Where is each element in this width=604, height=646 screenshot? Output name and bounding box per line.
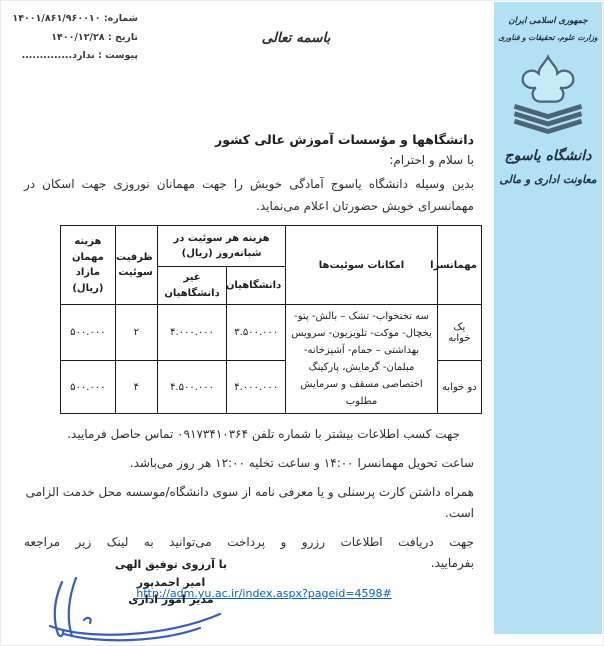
letter-number-label: شماره: [104, 13, 138, 24]
col-header-extra-guest: هزینه مهمان مازاد (ریال) [61, 226, 116, 305]
vice-chancellor-name: معاونت اداری و مالی [494, 173, 602, 186]
signatory-name: امیر احمدپور [106, 574, 236, 592]
letter-attachment-label: پیوست : [98, 50, 138, 61]
pricing-table: مهمانسرا امکانات سوئیت‌ها هزینه هر سوئیت… [60, 225, 482, 414]
suite-type-cell: دو خوابه [437, 361, 481, 414]
signatory-title: مدیر امور اداری [106, 591, 236, 609]
table-row: یک خوابه سه تختخواب- تشک – بالش- پتو- یخ… [61, 305, 482, 361]
non-academic-price-cell: ۴.۵۰۰.۰۰۰ [157, 361, 226, 414]
university-name: دانشگاه یاسوج [494, 148, 602, 164]
academic-price-cell: ۴.۰۰۰.۰۰۰ [227, 361, 286, 414]
note-checkin-checkout: ساعت تحویل مهمانسرا ۱۴:۰۰ و ساعت تخلیه ۱… [24, 453, 474, 475]
university-logo-icon [494, 54, 602, 142]
col-header-non-academic: غیر دانشگاهیان [157, 267, 226, 305]
capacity-cell: ۴ [115, 361, 157, 414]
ministry-line: وزارت علوم، تحقیقات و فناوری [494, 33, 602, 42]
letter-date-label: تاریخ : [108, 32, 138, 43]
letter-page: شماره: ۱۴۰۰۱/۸۶۱/۹۶۰۰۱۰ تاریخ : ۱۴۰۰/۱۲/… [0, 0, 604, 646]
non-academic-price-cell: ۴.۰۰۰.۰۰۰ [157, 305, 226, 361]
intro-paragraph: بدین وسیله دانشگاه یاسوج آمادگی خویش را … [24, 173, 474, 217]
col-header-cost-group: هزینه هر سوئیت در شبانه‌روز (ریال) [157, 226, 285, 267]
letter-body: دانشگاهها و مؤسسات آموزش عالی کشور با سل… [24, 132, 474, 601]
signature-blessing: با آرزوی توفیق الهی [106, 556, 236, 574]
note-id-required: همراه داشتن کارت پرسنلی و یا معرفی نامه … [24, 482, 474, 525]
suite-type-cell: یک خوابه [437, 305, 481, 361]
extra-guest-price-cell: ۵۰۰.۰۰۰ [61, 305, 116, 361]
letter-date-value: ۱۴۰۰/۱۲/۲۸ [51, 32, 104, 43]
letter-date-row: تاریخ : ۱۴۰۰/۱۲/۲۸ [12, 29, 138, 48]
letter-number-row: شماره: ۱۴۰۰۱/۸۶۱/۹۶۰۰۱۰ [12, 10, 138, 29]
extra-guest-price-cell: ۵۰۰.۰۰۰ [61, 361, 116, 414]
col-header-capacity: ظرفیت سوئیت [115, 226, 157, 305]
letter-attachment-value: ندارد.............. [22, 50, 95, 61]
signature-block: با آرزوی توفیق الهی امیر احمدپور مدیر ام… [106, 556, 236, 609]
besmellah-header: باسمه تعالی [238, 30, 354, 46]
table-header-row: مهمانسرا امکانات سوئیت‌ها هزینه هر سوئیت… [61, 226, 482, 267]
note-reservation-link: جهت دریافت اطلاعات رزرو و پرداخت می‌توان… [24, 532, 474, 575]
salutation-line: با سلام و احترام: [24, 153, 474, 167]
government-line: جمهوری اسلامی ایران [494, 16, 602, 26]
letter-attachment-row: پیوست : ندارد.............. [12, 47, 138, 66]
amenities-cell: سه تختخواب- تشک – بالش- پتو- یخچال- موکت… [286, 305, 438, 414]
col-header-amenities: امکانات سوئیت‌ها [286, 226, 438, 305]
letter-meta: شماره: ۱۴۰۰۱/۸۶۱/۹۶۰۰۱۰ تاریخ : ۱۴۰۰/۱۲/… [12, 10, 138, 66]
col-header-guesthouse: مهمانسرا [437, 226, 481, 305]
col-header-academic: دانشگاهیان [227, 267, 286, 305]
reservation-link-row: http://adm.yu.ac.ir/index.aspx?pageid=45… [24, 582, 474, 601]
recipient-heading: دانشگاهها و مؤسسات آموزش عالی کشور [24, 132, 474, 147]
capacity-cell: ۲ [115, 305, 157, 361]
letterhead-band: جمهوری اسلامی ایران وزارت علوم، تحقیقات … [494, 2, 602, 634]
letter-number-value: ۱۴۰۰۱/۸۶۱/۹۶۰۰۱۰ [12, 13, 100, 24]
academic-price-cell: ۳.۵۰۰.۰۰۰ [227, 305, 286, 361]
note-phone: جهت کسب اطلاعات بیشتر با شماره تلفن ۰۹۱۷… [24, 424, 474, 446]
